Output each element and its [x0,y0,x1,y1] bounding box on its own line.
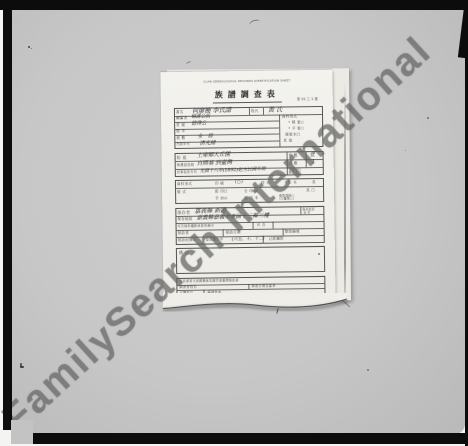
rule [300,207,301,214]
field-label-file-number: 整理編號 [285,230,300,234]
film-border-bottom [30,433,468,444]
field-label-edition: 版 本 [176,130,185,134]
handwritten-pubyear: 清光緒 [199,141,215,147]
edition-row-label: 版 式 [177,190,186,194]
dust-speck [427,117,429,119]
field-label-address: 保存地址 [177,218,192,222]
dust-speck [318,253,320,255]
handwritten-founder: 土庫鄉大丘園 [196,153,230,160]
rule [283,229,284,236]
field-label-surname: 姓氏 [251,109,259,113]
rule [175,134,279,136]
form-title: 族譜調查表 [213,89,282,103]
field-label-volumes: 冊 數 [176,136,185,140]
field-label-pubyear: 出版年代 [176,143,190,147]
date-stamp-label: 填表日期及蓋章 [251,285,275,289]
rule [175,127,279,129]
format-print: 印 刷 [215,182,224,186]
film-border-left [3,0,12,430]
rule [279,114,280,147]
document-number: 第 52 之 1 號 [297,96,318,101]
binding-format-header: 資料形式 [282,115,297,119]
format-other: 其 [312,181,316,185]
film-border-top [0,0,468,10]
rule [248,283,249,289]
handwritten-migration: 自開基 到臺灣 [197,161,233,168]
handwritten-hall: 德珠公 [191,122,207,128]
letterhead-text: CLAN GENEALOGICAL RECORDS IDENTIFICATION… [203,78,289,83]
field-label-migration: 始遷祖居地 [177,163,194,167]
filmed-label: 已經攝影 [269,238,284,242]
condition-label-2: 良 好 [303,212,310,215]
handwritten-volumes: 全一冊 [197,134,213,140]
microfilm-frame: CLAN GENEALOGICAL RECORDS IDENTIFICATION… [0,0,468,446]
field-label-book-name: 書名 [176,110,184,114]
handwritten-surname: 黃 氏 [268,107,283,114]
field-label-hall: 堂 號 [176,123,185,127]
field-label-keeper: 保存者 [177,211,190,216]
field-label-date-range: 記事起訖年代 [177,171,197,175]
binding-option-1: • 精 裝○ [288,121,304,125]
rule [263,108,264,115]
paper-curl-edge [160,293,360,323]
edition-other: 其 □ [306,189,315,193]
rule [249,108,250,115]
dust-speck [367,369,369,371]
film-corner-notch [11,420,33,444]
field-label-compiler: 編纂者 [176,117,187,121]
field-label-founder: 始 祖 [177,156,187,161]
rule [175,140,279,142]
edition-letterpress: 鉛 印□ [215,190,228,194]
format-row-label: 資料形式 [177,183,192,187]
rule [273,222,274,229]
dust-speck [20,363,22,367]
